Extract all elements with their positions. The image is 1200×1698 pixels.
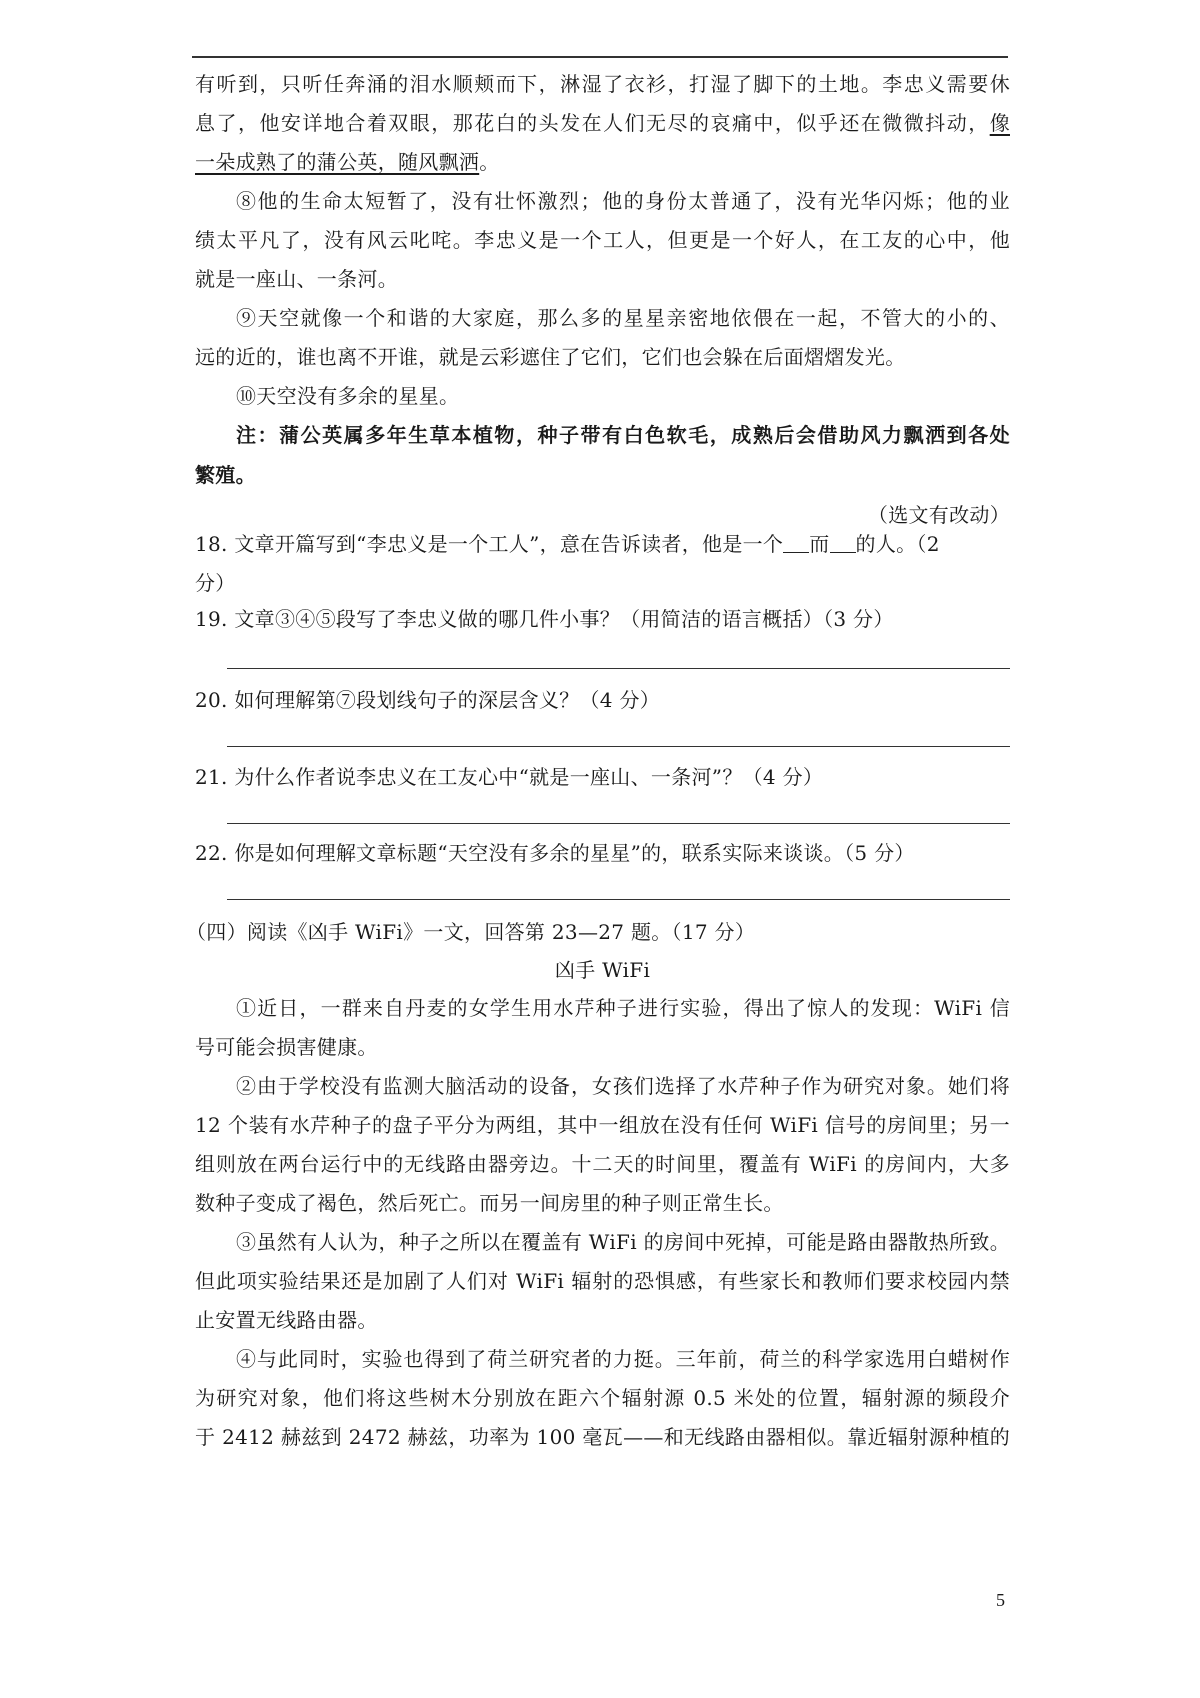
- p9-line-1: ⑨天空就像一个和谐的大家庭，那么多的星星亲密地依偎在一起，不管大的小的、: [236, 306, 1010, 330]
- p7-line-2-text: 息了，他安详地合着双眼，那花白的头发在人们无尽的哀痛中，似乎还在微微抖动，: [195, 111, 990, 135]
- s4-p3-line-1: ③虽然有人认为，种子之所以在覆盖有 WiFi 的房间中死掉，可能是路由器散热所致…: [236, 1230, 1010, 1254]
- article-title: 凶手 WiFi: [195, 958, 1010, 982]
- page-number: 5: [996, 1590, 1005, 1611]
- s4-p3-line-2: 但此项实验结果还是加剧了人们对 WiFi 辐射的恐惧感，有些家长和教师们要求校园…: [195, 1269, 1010, 1293]
- answer-line-19[interactable]: [227, 668, 1010, 669]
- q18-blank-2[interactable]: [830, 534, 856, 553]
- p8-line-1: ⑧他的生命太短暂了，没有壮怀激烈；他的身份太普通了，没有光华闪烁；他的业: [236, 189, 1010, 213]
- p7-line-1: 有听到，只听任奔涌的泪水顺颊而下，淋湿了衣衫，打湿了脚下的土地。李忠义需要休: [195, 72, 1010, 96]
- p9-line-2: 远的近的，谁也离不开谁，就是云彩遮住了它们，它们也会躲在后面熠熠发光。: [195, 345, 1010, 369]
- p7-line-3-end: 。: [479, 150, 499, 174]
- q18-mid: 而: [809, 532, 829, 556]
- question-20: 20. 如何理解第⑦段划线句子的深层含义？（4 分）: [195, 688, 1010, 712]
- question-18-line-2: 分）: [195, 571, 1010, 595]
- section-4-heading: （四）阅读《凶手 WiFi》一文，回答第 23—27 题。（17 分）: [186, 920, 1001, 944]
- note-line-2: 繁殖。: [195, 463, 1010, 487]
- s4-p2-line-3: 组则放在两台运行中的无线路由器旁边。十二天的时间里，覆盖有 WiFi 的房间内，…: [195, 1152, 1010, 1176]
- s4-p3-line-3: 止安置无线路由器。: [195, 1308, 1010, 1332]
- source-note: （选文有改动）: [195, 503, 1010, 527]
- s4-p2-line-1: ②由于学校没有监测大脑活动的设备，女孩们选择了水芹种子作为研究对象。她们将: [236, 1074, 1010, 1098]
- q18-text: 18. 文章开篇写到“李忠义是一个工人”，意在告诉读者，他是一个: [195, 532, 783, 556]
- q18-blank-1[interactable]: [783, 534, 809, 553]
- question-18: 18. 文章开篇写到“李忠义是一个工人”，意在告诉读者，他是一个而的人。（2: [195, 532, 1010, 556]
- question-21: 21. 为什么作者说李忠义在工友心中“就是一座山、一条河”？（4 分）: [195, 765, 1010, 789]
- underlined-sentence-start: 像: [990, 111, 1010, 135]
- answer-line-20[interactable]: [227, 746, 1010, 747]
- p10: ⑩天空没有多余的星星。: [236, 384, 1010, 408]
- header-rule: [192, 56, 1008, 58]
- s4-p2-line-2: 12 个装有水芹种子的盘子平分为两组，其中一组放在没有任何 WiFi 信号的房间…: [195, 1113, 1010, 1137]
- p7-line-2: 息了，他安详地合着双眼，那花白的头发在人们无尽的哀痛中，似乎还在微微抖动，像: [195, 111, 1010, 135]
- note-line-1: 注：蒲公英属多年生草本植物，种子带有白色软毛，成熟后会借助风力飘洒到各处: [236, 423, 1010, 447]
- s4-p2-line-4: 数种子变成了褐色，然后死亡。而另一间房里的种子则正常生长。: [195, 1191, 1010, 1215]
- p8-line-2: 绩太平凡了，没有风云叱咤。李忠义是一个工人，但更是一个好人，在工友的心中，他: [195, 228, 1010, 252]
- s4-p1-line-2: 号可能会损害健康。: [195, 1035, 1010, 1059]
- s4-p4-line-3: 于 2412 赫兹到 2472 赫兹，功率为 100 毫瓦——和无线路由器相似。…: [195, 1425, 1010, 1449]
- answer-line-21[interactable]: [227, 823, 1010, 824]
- question-22: 22. 你是如何理解文章标题“天空没有多余的星星”的，联系实际来谈谈。（5 分）: [195, 841, 1010, 865]
- s4-p1-line-1: ①近日，一群来自丹麦的女学生用水芹种子进行实验，得出了惊人的发现：WiFi 信: [236, 996, 1010, 1020]
- s4-p4-line-2: 为研究对象，他们将这些树木分别放在距六个辐射源 0.5 米处的位置，辐射源的频段…: [195, 1386, 1010, 1410]
- p8-line-3: 就是一座山、一条河。: [195, 267, 1010, 291]
- question-19: 19. 文章③④⑤段写了李忠义做的哪几件小事？（用简洁的语言概括）（3 分）: [195, 607, 1010, 631]
- answer-line-22[interactable]: [227, 899, 1010, 900]
- s4-p4-line-1: ④与此同时，实验也得到了荷兰研究者的力挺。三年前，荷兰的科学家选用白蜡树作: [236, 1347, 1010, 1371]
- underlined-sentence: 一朵成熟了的蒲公英，随风飘洒: [195, 150, 479, 174]
- p7-line-3: 一朵成熟了的蒲公英，随风飘洒。: [195, 150, 1010, 174]
- q18-end: 的人。（2: [856, 532, 940, 556]
